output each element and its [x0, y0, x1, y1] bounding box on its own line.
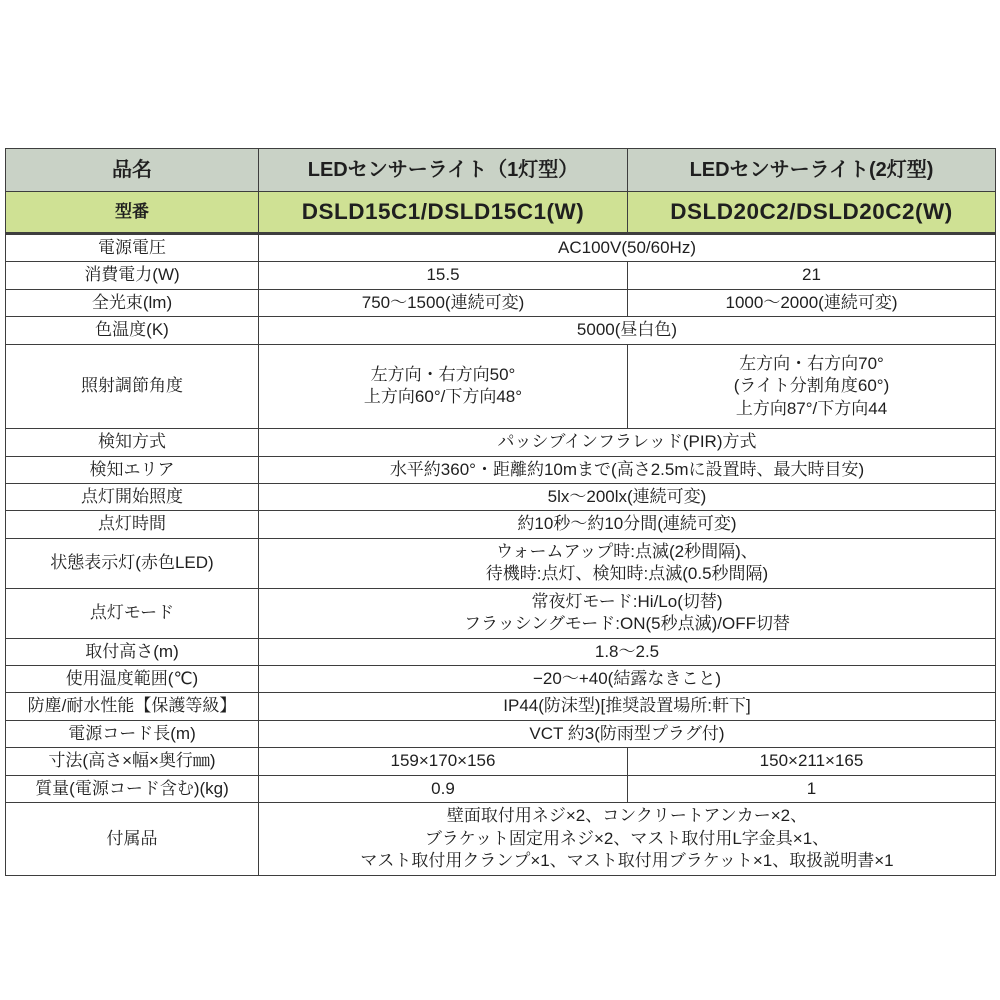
row-label: 電源電圧: [6, 234, 259, 262]
row-label: 色温度(K): [6, 317, 259, 344]
row-label: 取付高さ(m): [6, 638, 259, 665]
row-value: 水平約360°・距離約10mまで(高さ2.5mに設置時、最大時目安): [259, 456, 996, 483]
row-value: 0.9: [259, 775, 628, 802]
row-value: パッシブインフラレッド(PIR)方式: [259, 429, 996, 456]
row-label: 防塵/耐水性能【保護等級】: [6, 693, 259, 720]
table-row: 点灯モード常夜灯モード:Hi/Lo(切替)フラッシングモード:ON(5秒点滅)/…: [6, 588, 996, 638]
table-row: 寸法(高さ×幅×奥行㎜)159×170×156150×211×165: [6, 748, 996, 775]
product-name-1light: LEDセンサーライト（1灯型）: [259, 149, 628, 192]
table-row: 質量(電源コード含む)(kg)0.91: [6, 775, 996, 802]
table-row: 色温度(K)5000(昼白色): [6, 317, 996, 344]
model-number-row: 型番 DSLD15C1/DSLD15C1(W) DSLD20C2/DSLD20C…: [6, 192, 996, 234]
row-value: 約10秒～約10分間(連続可変): [259, 511, 996, 538]
table-row: 状態表示灯(赤色LED)ウォームアップ時:点滅(2秒間隔)、待機時:点灯、検知時…: [6, 538, 996, 588]
row-value: −20～+40(結露なきこと): [259, 666, 996, 693]
table-row: 電源コード長(m)VCT 約3(防雨型プラグ付): [6, 720, 996, 747]
spec-rows: 品名 LEDセンサーライト（1灯型） LEDセンサーライト(2灯型) 型番 DS…: [6, 149, 996, 876]
row-value: 左方向・右方向70°(ライト分割角度60°)上方向87°/下方向44: [628, 344, 996, 428]
table-row: 防塵/耐水性能【保護等級】IP44(防沫型)[推奨設置場所:軒下]: [6, 693, 996, 720]
row-value: 159×170×156: [259, 748, 628, 775]
row-value: AC100V(50/60Hz): [259, 234, 996, 262]
row-value: IP44(防沫型)[推奨設置場所:軒下]: [259, 693, 996, 720]
row-value: 15.5: [259, 262, 628, 289]
row-label: 寸法(高さ×幅×奥行㎜): [6, 748, 259, 775]
row-label: 全光束(lm): [6, 289, 259, 316]
row-value: 21: [628, 262, 996, 289]
row-value: VCT 約3(防雨型プラグ付): [259, 720, 996, 747]
row-label: 電源コード長(m): [6, 720, 259, 747]
row-value: 1000～2000(連続可変): [628, 289, 996, 316]
row-label: 検知エリア: [6, 456, 259, 483]
spec-table: 品名 LEDセンサーライト（1灯型） LEDセンサーライト(2灯型) 型番 DS…: [5, 148, 996, 876]
row-label: 検知方式: [6, 429, 259, 456]
row-value: ウォームアップ時:点滅(2秒間隔)、待機時:点灯、検知時:点滅(0.5秒間隔): [259, 538, 996, 588]
row-value: 1: [628, 775, 996, 802]
model-number-2light: DSLD20C2/DSLD20C2(W): [628, 192, 996, 234]
product-name-2light: LEDセンサーライト(2灯型): [628, 149, 996, 192]
row-label: 消費電力(W): [6, 262, 259, 289]
table-row: 点灯開始照度5lx～200lx(連続可変): [6, 483, 996, 510]
row-label-product-name: 品名: [6, 149, 259, 192]
row-value: 750～1500(連続可変): [259, 289, 628, 316]
model-number-1light: DSLD15C1/DSLD15C1(W): [259, 192, 628, 234]
row-label: 点灯モード: [6, 588, 259, 638]
table-row: 検知エリア水平約360°・距離約10mまで(高さ2.5mに設置時、最大時目安): [6, 456, 996, 483]
row-label: 使用温度範囲(℃): [6, 666, 259, 693]
row-label: 点灯開始照度: [6, 483, 259, 510]
row-label: 点灯時間: [6, 511, 259, 538]
table-row: 付属品壁面取付用ネジ×2、コンクリートアンカー×2、ブラケット固定用ネジ×2、マ…: [6, 803, 996, 875]
table-row: 検知方式パッシブインフラレッド(PIR)方式: [6, 429, 996, 456]
row-value: 左方向・右方向50°上方向60°/下方向48°: [259, 344, 628, 428]
row-label: 照射調節角度: [6, 344, 259, 428]
table-row: 点灯時間約10秒～約10分間(連続可変): [6, 511, 996, 538]
row-value: 150×211×165: [628, 748, 996, 775]
row-label: 状態表示灯(赤色LED): [6, 538, 259, 588]
page: 品名 LEDセンサーライト（1灯型） LEDセンサーライト(2灯型) 型番 DS…: [0, 0, 1000, 1000]
row-label-model-number: 型番: [6, 192, 259, 234]
table-row: 消費電力(W)15.521: [6, 262, 996, 289]
row-value: 常夜灯モード:Hi/Lo(切替)フラッシングモード:ON(5秒点滅)/OFF切替: [259, 588, 996, 638]
row-value: 1.8～2.5: [259, 638, 996, 665]
product-name-row: 品名 LEDセンサーライト（1灯型） LEDセンサーライト(2灯型): [6, 149, 996, 192]
table-row: 電源電圧AC100V(50/60Hz): [6, 234, 996, 262]
table-row: 照射調節角度左方向・右方向50°上方向60°/下方向48°左方向・右方向70°(…: [6, 344, 996, 428]
row-label: 質量(電源コード含む)(kg): [6, 775, 259, 802]
table-row: 全光束(lm)750～1500(連続可変)1000～2000(連続可変): [6, 289, 996, 316]
row-label: 付属品: [6, 803, 259, 875]
table-row: 取付高さ(m)1.8～2.5: [6, 638, 996, 665]
row-value: 5000(昼白色): [259, 317, 996, 344]
row-value: 5lx～200lx(連続可変): [259, 483, 996, 510]
row-value: 壁面取付用ネジ×2、コンクリートアンカー×2、ブラケット固定用ネジ×2、マスト取…: [259, 803, 996, 875]
table-row: 使用温度範囲(℃)−20～+40(結露なきこと): [6, 666, 996, 693]
